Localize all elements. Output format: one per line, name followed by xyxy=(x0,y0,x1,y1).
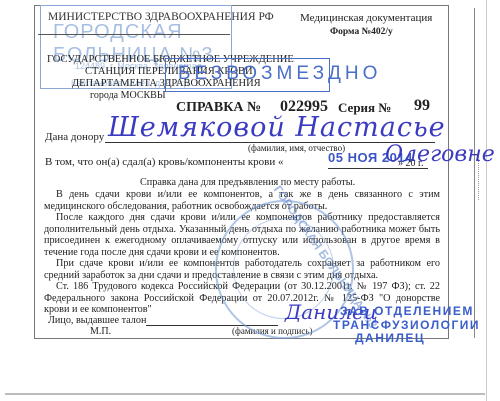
form-number: Форма №402/у xyxy=(330,27,393,37)
patronymic-handwritten: Олеговне xyxy=(385,142,495,167)
organization-line-4: города МОСКВЫ xyxy=(90,90,166,101)
donation-statement: В том, что он(а) сдал(а) кровь/компонент… xyxy=(45,156,284,168)
department-stamp-line-3: ДАНИЛЕЦ xyxy=(355,331,425,345)
department-stamp-line-1: ЗАВ ОТДЕЛЕНИЕМ xyxy=(340,304,474,318)
header-divider xyxy=(38,34,230,35)
page-edge-line xyxy=(474,8,475,338)
free-stamp-text: БЕЗВОЗМЕЗДНО xyxy=(178,63,381,85)
page-edge-line-outer xyxy=(486,0,487,401)
department-stamp-line-2: ТРАНСФУЗИОЛОГИИ xyxy=(333,318,480,332)
page-bottom-edge xyxy=(5,393,485,395)
free-of-charge-stamp: БЕЗВОЗМЕЗДНО xyxy=(165,58,330,92)
seal-place-label: М.П. xyxy=(90,326,111,337)
donor-name-handwritten: Шемяковой Настасье xyxy=(108,112,446,143)
certificate-caption: Справка дана для предъявления по месту р… xyxy=(140,177,355,188)
donor-label: Дана донору xyxy=(45,131,104,143)
medical-documentation-label: Медицинская документация xyxy=(300,12,432,24)
ministry-heading: МИНИСТЕРСТВО ЗДРАВООХРАНЕНИЯ РФ xyxy=(48,11,274,23)
issuer-label: Лицо, выдавшее талон xyxy=(48,315,146,326)
paragraph-1: В день сдачи крови и/или ее компонентов,… xyxy=(44,189,440,212)
